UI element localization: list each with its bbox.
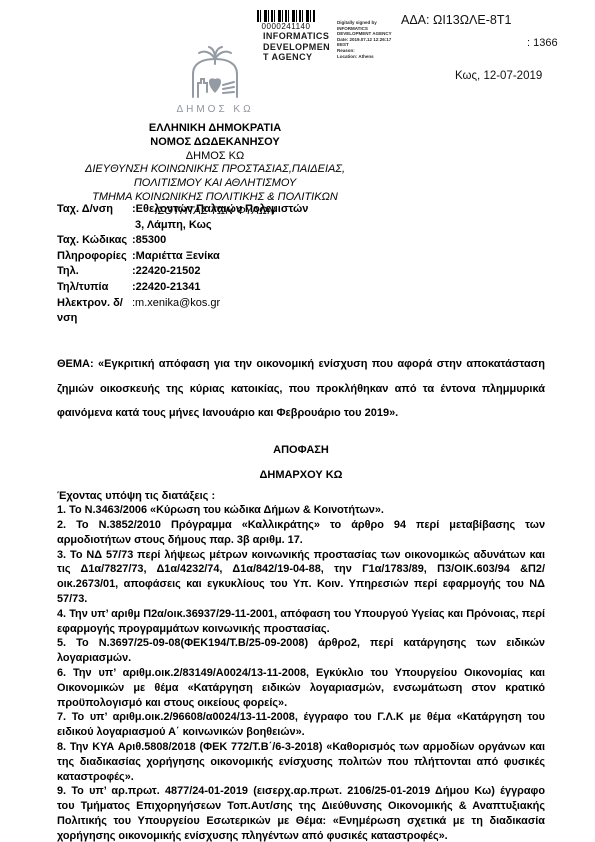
kos-emblem-icon	[174, 46, 256, 98]
subject-paragraph: ΘΕΜΑ: «Εγκριτική απόφαση για την οικονομ…	[57, 352, 545, 426]
letterhead-line: ΝΟΜΟΣ ΔΩΔΕΚΑΝΗΣΟΥ	[70, 136, 360, 150]
document-body: ΘΕΜΑ: «Εγκριτική απόφαση για την οικονομ…	[57, 352, 545, 842]
contact-row: Πληροφορίες :Μαριέττα Ξενίκα	[57, 249, 387, 265]
contact-label: Ηλεκτρον. δ/νση	[57, 296, 132, 327]
list-item: 1. Το Ν.3463/2006 «Κύρωση του κώδικα Δήμ…	[57, 503, 545, 518]
letterhead-line: ΔΗΜΟΣ ΚΩ	[70, 150, 360, 164]
list-item: 7. Το υπ’ αριθμ.οικ.2/96608/α0024/13-11-…	[57, 710, 545, 740]
letterhead: ΔΗΜΟΣ ΚΩ ΕΛΛΗΝΙΚΗ ΔΗΜΟΚΡΑΤΙΑ ΝΟΜΟΣ ΔΩΔΕΚ…	[70, 46, 360, 219]
place-date: Κως, 12-07-2019	[455, 70, 542, 82]
contact-label: Ταχ. Δ/νση	[57, 202, 132, 218]
contact-value: :85300	[132, 233, 166, 249]
ada-code: ΑΔΑ: ΩΙ13ΩΛΕ-8Τ1	[401, 13, 511, 27]
list-item: 3. Το ΝΔ 57/73 περί λήψεως μέτρων κοινων…	[57, 548, 545, 607]
agency-stamp-line: INFORMATICS	[263, 31, 330, 42]
contact-row: Ταχ. Δ/νση :Εθελοντών Παλαιών Πολεμιστών	[57, 202, 387, 218]
decision-heading: ΑΠΟΦΑΣΗ	[57, 444, 545, 456]
barcode	[257, 10, 315, 22]
contact-row: Τηλ/τυπία :22420-21341	[57, 280, 387, 296]
list-item: 9. Το υπ’ αρ.πρωτ. 4877/24-01-2019 (εισε…	[57, 784, 545, 842]
contact-value: :Εθελοντών Παλαιών Πολεμιστών	[132, 202, 308, 218]
contact-block: Ταχ. Δ/νση :Εθελοντών Παλαιών Πολεμιστών…	[57, 202, 387, 327]
contact-value: 3, Λάμπη, Κως	[132, 218, 212, 234]
letterhead-line: ΔΙΕΥΘΥΝΣΗ ΚΟΙΝΩΝΙΚΗΣ ΠΡΟΣΤΑΣΙΑΣ,ΠΑΙΔΕΙΑΣ…	[70, 163, 360, 177]
barcode-number: 0000241140	[252, 22, 320, 31]
contact-row: Ηλεκτρον. δ/νση :m.xenika@kos.gr	[57, 296, 387, 327]
contact-label: Ταχ. Κώδικας	[57, 233, 132, 249]
contact-value: :22420-21502	[132, 264, 201, 280]
contact-label: Τηλ/τυπία	[57, 280, 132, 296]
letterhead-line: ΠΟΛΙΤΙΣΜΟΥ ΚΑΙ ΑΘΛΗΤΙΣΜΟΥ	[70, 177, 360, 191]
contact-row: Ταχ. Κώδικας :85300	[57, 233, 387, 249]
municipality-logo: ΔΗΜΟΣ ΚΩ	[70, 46, 360, 115]
provisions-list: 1. Το Ν.3463/2006 «Κύρωση του κώδικα Δήμ…	[57, 503, 545, 842]
contact-row: 3, Λάμπη, Κως	[57, 218, 387, 234]
logo-caption: ΔΗΜΟΣ ΚΩ	[70, 104, 360, 115]
list-item: 2. Το Ν.3852/2010 Πρόγραμμα «Καλλικράτης…	[57, 518, 545, 548]
letterhead-line: ΕΛΛΗΝΙΚΗ ΔΗΜΟΚΡΑΤΙΑ	[70, 122, 360, 136]
contact-label: Πληροφορίες	[57, 249, 132, 265]
list-item: 6. Την υπ’ αριθμ.οικ.2/83149/Α0024/13-11…	[57, 666, 545, 710]
contact-value: :22420-21341	[132, 280, 201, 296]
contact-email: :m.xenika@kos.gr	[132, 296, 220, 327]
list-item: 5. Το Ν.3697/25-09-08(ΦΕΚ194/Τ.Β/25-09-2…	[57, 636, 545, 666]
contact-label: Τηλ.	[57, 264, 132, 280]
list-item: 8. Την ΚΥΑ Αριθ.5808/2018 (ΦΕΚ 772/Τ.Β΄/…	[57, 740, 545, 784]
preamble: Έχοντας υπόψη τις διατάξεις :	[57, 489, 545, 504]
contact-value: :Μαριέττα Ξενίκα	[132, 249, 220, 265]
protocol-number: : 1366	[527, 37, 558, 49]
contact-label	[57, 218, 132, 234]
document-page: 0000241140 INFORMATICS DEVELOPMEN T AGEN…	[0, 0, 595, 842]
mayor-heading: ΔΗΜΑΡΧΟΥ ΚΩ	[57, 469, 545, 481]
list-item: 4. Την υπ’ αριθμ Π2α/οικ.36937/29-11-200…	[57, 607, 545, 637]
contact-row: Τηλ. :22420-21502	[57, 264, 387, 280]
